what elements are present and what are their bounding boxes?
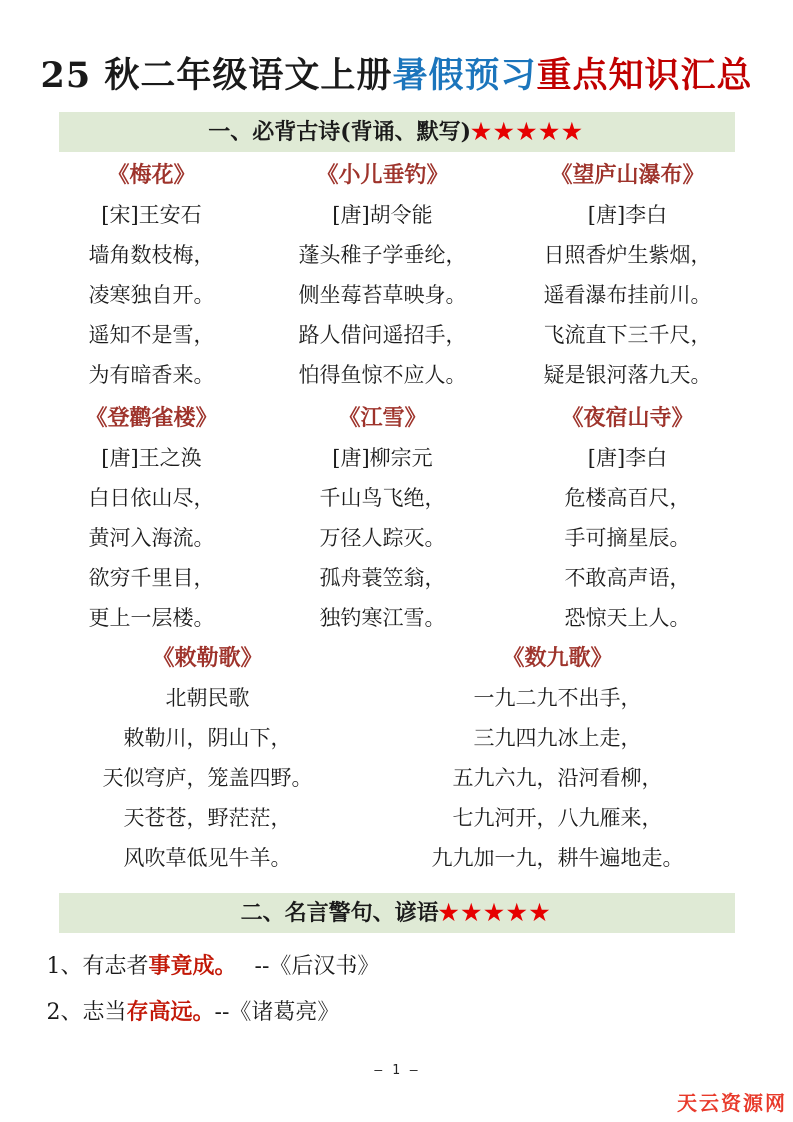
poem-line: 不敢高声语，	[509, 558, 747, 598]
poem-title: 《敕勒歌》	[47, 638, 369, 678]
poem-xiaoer-chuidiao: 《小儿垂钓》 [唐]胡令能 蓬头稚子学垂纶， 侧坐莓苔草映身。 路人借问遥招手，…	[257, 155, 509, 395]
poem-line: 千山鸟飞绝，	[257, 478, 509, 518]
saying-highlight: 存高远。	[127, 999, 215, 1025]
poem-line: 凌寒独自开。	[47, 275, 257, 315]
poem-line: 孤舟蓑笠翁，	[257, 558, 509, 598]
poem-title: 《夜宿山寺》	[509, 398, 747, 438]
poem-line: 路人借问遥招手，	[257, 315, 509, 355]
poem-line: 七九河开，八九雁来，	[369, 798, 747, 838]
poem-line: 为有暗香来。	[47, 355, 257, 395]
poem-line: 天苍苍，野茫茫，	[47, 798, 369, 838]
star-rating-icon: ★★★★★	[439, 900, 553, 926]
poem-line: 黄河入海流。	[47, 518, 257, 558]
poem-line: 墙角数枝梅，	[47, 235, 257, 275]
poem-grid-row-2: 《登鹳雀楼》 [唐]王之涣 白日依山尽， 黄河入海流。 欲穷千里目， 更上一层楼…	[47, 398, 747, 638]
document-page: 25 秋二年级语文上册暑假预习重点知识汇总 一、必背古诗(背诵、默写)★★★★★…	[0, 0, 793, 1122]
section-heading-text: 二、名言警句、谚语	[241, 900, 439, 926]
poem-line: 飞流直下三千尺，	[509, 315, 747, 355]
poem-grid-row-1: 《梅花》 [宋]王安石 墙角数枝梅， 凌寒独自开。 遥知不是雪， 为有暗香来。 …	[47, 155, 747, 395]
poem-line: 天似穹庐，笼盖四野。	[47, 758, 369, 798]
page-number: — 1 —	[0, 1063, 793, 1078]
poem-author: [唐]李白	[509, 438, 747, 478]
poem-wang-lushan-pubu: 《望庐山瀑布》 [唐]李白 日照香炉生紫烟， 遥看瀑布挂前川。 飞流直下三千尺，…	[509, 155, 747, 395]
poem-line: 一九二九不出手，	[369, 678, 747, 718]
poem-jiangxue: 《江雪》 [唐]柳宗元 千山鸟飞绝， 万径人踪灭。 孤舟蓑笠翁， 独钓寒江雪。	[257, 398, 509, 638]
saying-text: 2、志当	[47, 1000, 127, 1025]
section-heading-text: 一、必背古诗(背诵、默写)	[208, 119, 471, 145]
poem-author: [唐]王之涣	[47, 438, 257, 478]
poem-title: 《梅花》	[47, 155, 257, 195]
poem-line: 遥知不是雪，	[47, 315, 257, 355]
star-rating-icon: ★★★★★	[471, 119, 585, 145]
sayings-list: 1、有志者事竟成。 --《后汉书》 2、志当存高远。--《诸葛亮》	[47, 943, 747, 1035]
poem-author: 北朝民歌	[47, 678, 369, 718]
poem-deng-guanquelou: 《登鹳雀楼》 [唐]王之涣 白日依山尽， 黄河入海流。 欲穷千里目， 更上一层楼…	[47, 398, 257, 638]
title-part-red: 重点知识汇总	[536, 55, 752, 96]
poem-line: 敕勒川，阴山下，	[47, 718, 369, 758]
poem-grid-row-3: 《敕勒歌》 北朝民歌 敕勒川，阴山下， 天似穹庐，笼盖四野。 天苍苍，野茫茫， …	[47, 638, 747, 878]
poem-line: 三九四九冰上走，	[369, 718, 747, 758]
poem-chilege: 《敕勒歌》 北朝民歌 敕勒川，阴山下， 天似穹庐，笼盖四野。 天苍苍，野茫茫， …	[47, 638, 369, 878]
title-part-blue: 暑假预习	[392, 55, 536, 96]
saying-item-2: 2、志当存高远。--《诸葛亮》	[47, 989, 747, 1035]
poem-line: 怕得鱼惊不应人。	[257, 355, 509, 395]
saying-source: --《后汉书》	[226, 954, 380, 979]
poem-line: 更上一层楼。	[47, 598, 257, 638]
poem-line: 危楼高百尺，	[509, 478, 747, 518]
poem-title: 《小儿垂钓》	[257, 155, 509, 195]
poem-author: [唐]胡令能	[257, 195, 509, 235]
saying-item-1: 1、有志者事竟成。 --《后汉书》	[47, 943, 747, 989]
poem-line: 欲穷千里目，	[47, 558, 257, 598]
poem-title: 《望庐山瀑布》	[509, 155, 747, 195]
poem-line: 白日依山尽，	[47, 478, 257, 518]
poem-meihua: 《梅花》 [宋]王安石 墙角数枝梅， 凌寒独自开。 遥知不是雪， 为有暗香来。	[47, 155, 257, 395]
poem-title: 《江雪》	[257, 398, 509, 438]
saying-highlight: 事竟成。	[149, 953, 226, 979]
saying-source: --《诸葛亮》	[215, 1000, 340, 1025]
poem-line: 手可摘星辰。	[509, 518, 747, 558]
poem-line: 侧坐莓苔草映身。	[257, 275, 509, 315]
page-title: 25 秋二年级语文上册暑假预习重点知识汇总	[0, 0, 793, 97]
poem-line: 蓬头稚子学垂纶，	[257, 235, 509, 275]
poem-title: 《数九歌》	[369, 638, 747, 678]
poem-author: [宋]王安石	[47, 195, 257, 235]
poem-line: 遥看瀑布挂前川。	[509, 275, 747, 315]
poem-line: 万径人踪灭。	[257, 518, 509, 558]
poem-line: 独钓寒江雪。	[257, 598, 509, 638]
poem-line: 恐惊天上人。	[509, 598, 747, 638]
poem-line: 疑是银河落九天。	[509, 355, 747, 395]
poem-line: 五九六九，沿河看柳，	[369, 758, 747, 798]
poem-author: [唐]李白	[509, 195, 747, 235]
title-part-black: 25 秋二年级语文上册	[41, 55, 393, 96]
poem-yesu-shansi: 《夜宿山寺》 [唐]李白 危楼高百尺， 手可摘星辰。 不敢高声语， 恐惊天上人。	[509, 398, 747, 638]
saying-text: 1、有志者	[47, 954, 149, 979]
watermark-text: 天云资源网	[677, 1087, 787, 1116]
poem-line: 风吹草低见牛羊。	[47, 838, 369, 878]
poem-author: [唐]柳宗元	[257, 438, 509, 478]
poem-shujiuge: 《数九歌》 一九二九不出手， 三九四九冰上走， 五九六九，沿河看柳， 七九河开，…	[369, 638, 747, 878]
poem-line: 日照香炉生紫烟，	[509, 235, 747, 275]
section-heading-sayings: 二、名言警句、谚语★★★★★	[59, 893, 735, 933]
poem-title: 《登鹳雀楼》	[47, 398, 257, 438]
section-heading-poems: 一、必背古诗(背诵、默写)★★★★★	[59, 112, 735, 152]
poem-line: 九九加一九，耕牛遍地走。	[369, 838, 747, 878]
